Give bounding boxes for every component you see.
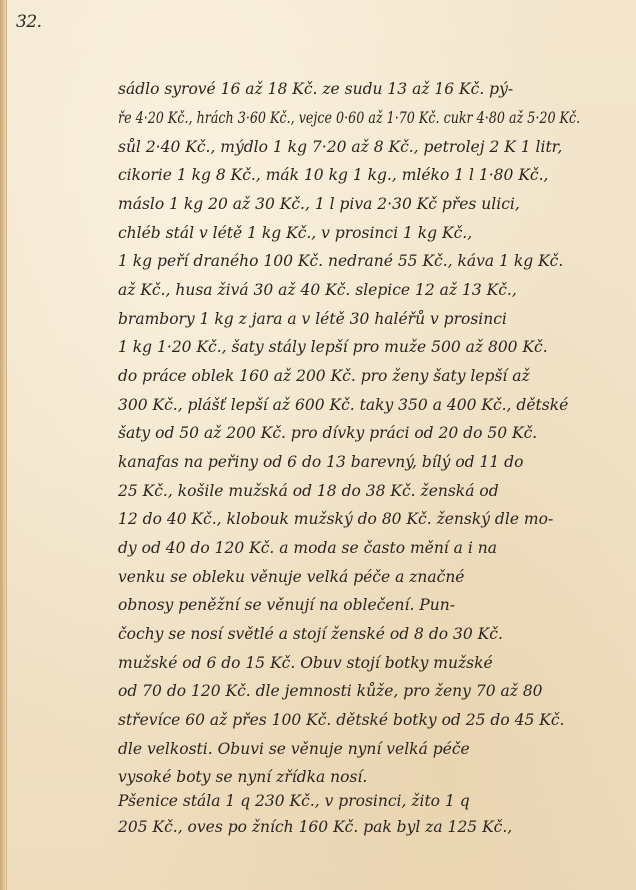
text-line: 1 kg 1·20 Kč., šaty stály lepší pro muže… [118,338,548,356]
text-line: dle velkosti. Obuvi se věnuje nyní velká… [118,740,470,758]
binding-line [6,0,7,890]
text-line: obnosy peněžní se věnují na oblečení. Pu… [118,596,455,614]
text-line: brambory 1 kg z jara a v létě 30 haléřů … [118,310,507,328]
text-line: střevíce 60 až přes 100 Kč. dětské botky… [118,711,564,729]
text-line: ře 4·20 Kč., hrách 3·60 Kč., vejce 0·60 … [118,109,580,127]
text-line: 205 Kč., oves po žních 160 Kč. pak byl z… [118,818,512,836]
text-line: máslo 1 kg 20 až 30 Kč., 1 l piva 2·30 K… [118,195,520,213]
text-line: sůl 2·40 Kč., mýdlo 1 kg 7·20 až 8 Kč., … [118,138,562,156]
text-line: čochy se nosí světlé a stojí ženské od 8… [118,625,503,643]
text-line: cikorie 1 kg 8 Kč., mák 10 kg 1 kg., mlé… [118,166,548,184]
text-line: až Kč., husa živá 30 až 40 Kč. slepice 1… [118,281,517,299]
text-line: kanafas na peřiny od 6 do 13 barevný, bí… [118,453,523,471]
text-line: mužské od 6 do 15 Kč. Obuv stojí botky m… [118,654,493,672]
text-line: 300 Kč., plášť lepší až 600 Kč. taky 350… [118,396,568,414]
page-number: 32. [16,12,42,32]
text-line: vysoké boty se nyní zřídka nosí. [118,768,367,786]
text-line: do práce oblek 160 až 200 Kč. pro ženy š… [118,367,530,385]
text-line: Pšenice stála 1 q 230 Kč., v prosinci, ž… [118,792,470,810]
text-line: od 70 do 120 Kč. dle jemnosti kůže, pro … [118,682,543,700]
text-line: 12 do 40 Kč., klobouk mužský do 80 Kč. ž… [118,510,553,528]
manuscript-page: 32. sádlo syrové 16 až 18 Kč. ze sudu 13… [0,0,636,890]
text-line: venku se obleku věnuje velká péče a znač… [118,568,464,586]
text-line: dy od 40 do 120 Kč. a moda se často mění… [118,539,497,557]
text-line: 1 kg peří draného 100 Kč. nedrané 55 Kč.… [118,252,563,270]
text-line: 25 Kč., košile mužská od 18 do 38 Kč. že… [118,482,499,500]
text-line: sádlo syrové 16 až 18 Kč. ze sudu 13 až … [118,80,580,98]
text-line: šaty od 50 až 200 Kč. pro dívky práci od… [118,424,537,442]
text-line: chléb stál v létě 1 kg Kč., v prosinci 1… [118,224,472,242]
